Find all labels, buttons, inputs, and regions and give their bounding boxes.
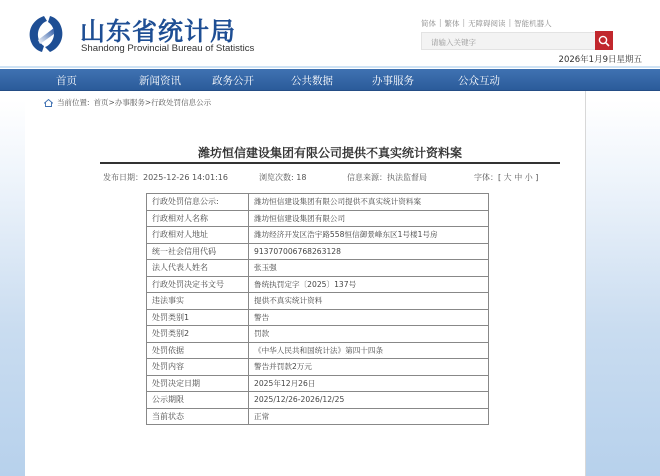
divider: |	[439, 18, 442, 29]
current-date: 2026年1月9日星期五	[559, 53, 642, 65]
search-input[interactable]: 请输入关键字	[421, 32, 596, 50]
row-value: 913707006768263128	[249, 243, 489, 260]
publish-date: 发布日期：2025-12-26 14:01:16	[103, 172, 228, 183]
row-key: 公示期限	[147, 392, 249, 409]
search-icon	[598, 35, 610, 47]
row-key: 处罚类别1	[147, 309, 249, 326]
table-row: 处罚类别1警告	[147, 309, 489, 326]
row-key: 处罚内容	[147, 359, 249, 376]
divider: |	[463, 18, 466, 29]
breadcrumb: 当前位置: 首页>办事服务>行政处罚信息公示	[44, 97, 211, 108]
table-row: 处罚类别2罚款	[147, 326, 489, 343]
table-row: 行政相对人地址潍坊经济开发区浩宇路558恒信御景峰东区1号楼1号房	[147, 227, 489, 244]
search-button[interactable]	[595, 31, 613, 50]
nav-item-services[interactable]: 办事服务	[372, 73, 414, 88]
bureau-logo-icon[interactable]	[24, 12, 68, 56]
table-row: 法人代表人姓名张玉强	[147, 260, 489, 277]
row-value: 张玉强	[249, 260, 489, 277]
table-row: 行政相对人名称潍坊恒信建设集团有限公司	[147, 210, 489, 227]
nav-item-gov-affairs[interactable]: 政务公开	[212, 73, 254, 88]
row-value: 潍坊经济开发区浩宇路558恒信御景峰东区1号楼1号房	[249, 227, 489, 244]
nav-item-interaction[interactable]: 公众互动	[458, 73, 500, 88]
top-links: 简体 | 繁体 | 无障碍阅读 | 智能机器人	[421, 18, 552, 29]
row-key: 法人代表人姓名	[147, 260, 249, 277]
table-row: 处罚决定日期2025年12月26日	[147, 375, 489, 392]
breadcrumb-path[interactable]: 首页>办事服务>行政处罚信息公示	[94, 97, 212, 108]
row-key: 统一社会信用代码	[147, 243, 249, 260]
row-value: 《中华人民共和国统计法》第四十四条	[249, 342, 489, 359]
row-key: 当前状态	[147, 408, 249, 425]
row-value: 潍坊恒信建设集团有限公司	[249, 210, 489, 227]
row-key: 处罚类别2	[147, 326, 249, 343]
search-placeholder: 请输入关键字	[431, 38, 476, 47]
title-divider	[100, 162, 560, 164]
table-row: 公示期限2025/12/26-2026/12/25	[147, 392, 489, 409]
row-key: 行政处罚信息公示:	[147, 194, 249, 211]
link-traditional[interactable]: 繁体	[445, 18, 460, 29]
row-value: 潍坊恒信建设集团有限公司提供不真实统计资料案	[249, 194, 489, 211]
main-nav: 首页 新闻资讯 政务公开 公共数据 办事服务 公众互动	[0, 69, 660, 91]
site-header: 山东省统计局 Shandong Provincial Bureau of Sta…	[0, 0, 660, 68]
row-value: 2025年12月26日	[249, 375, 489, 392]
table-row: 当前状态正常	[147, 408, 489, 425]
breadcrumb-label: 当前位置:	[57, 97, 90, 108]
divider: |	[509, 18, 512, 29]
row-key: 行政处罚决定书文号	[147, 276, 249, 293]
row-value: 罚款	[249, 326, 489, 343]
row-key: 处罚依据	[147, 342, 249, 359]
nav-item-news[interactable]: 新闻资讯	[139, 73, 181, 88]
row-value: 2025/12/26-2026/12/25	[249, 392, 489, 409]
content-panel-far-right	[586, 91, 587, 476]
row-key: 行政相对人名称	[147, 210, 249, 227]
link-simplified[interactable]: 简体	[421, 18, 436, 29]
table-row: 行政处罚信息公示:潍坊恒信建设集团有限公司提供不真实统计资料案	[147, 194, 489, 211]
font-size-selector[interactable]: 字体：[ 大 中 小 ]	[474, 172, 538, 183]
row-value: 警告	[249, 309, 489, 326]
table-row: 处罚依据《中华人民共和国统计法》第四十四条	[147, 342, 489, 359]
penalty-info-table: 行政处罚信息公示:潍坊恒信建设集团有限公司提供不真实统计资料案 行政相对人名称潍…	[146, 193, 489, 425]
row-key: 违法事实	[147, 293, 249, 310]
row-key: 处罚决定日期	[147, 375, 249, 392]
home-icon	[44, 99, 53, 107]
table-row: 违法事实提供不真实统计资料	[147, 293, 489, 310]
row-key: 行政相对人地址	[147, 227, 249, 244]
info-source: 信息来源：执法监督局	[347, 172, 427, 183]
site-title-en: Shandong Provincial Bureau of Statistics	[81, 43, 254, 54]
nav-item-public-data[interactable]: 公共数据	[291, 73, 333, 88]
row-value: 正常	[249, 408, 489, 425]
table-row: 处罚内容警告并罚款2万元	[147, 359, 489, 376]
article-title: 潍坊恒信建设集团有限公司提供不真实统计资料案	[100, 144, 560, 161]
view-count: 浏览次数: 18	[259, 172, 306, 183]
table-row: 统一社会信用代码913707006768263128	[147, 243, 489, 260]
link-chatbot[interactable]: 智能机器人	[514, 18, 552, 29]
link-accessibility[interactable]: 无障碍阅读	[468, 18, 506, 29]
row-value: 鲁统执罚定字〔2025〕137号	[249, 276, 489, 293]
row-value: 警告并罚款2万元	[249, 359, 489, 376]
nav-item-home[interactable]: 首页	[56, 73, 77, 88]
table-row: 行政处罚决定书文号鲁统执罚定字〔2025〕137号	[147, 276, 489, 293]
row-value: 提供不真实统计资料	[249, 293, 489, 310]
